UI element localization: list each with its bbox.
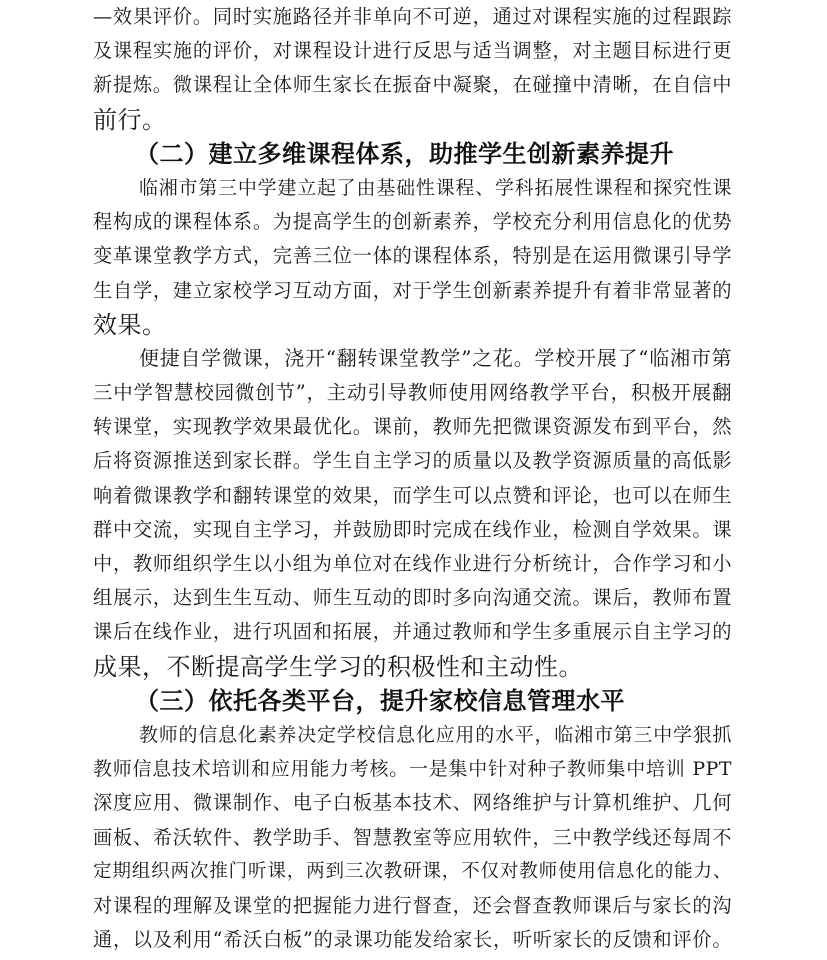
text-line: 后将资源推送到家长群。学生自主学习的质量以及教学资源质量的高低影	[93, 444, 732, 478]
text-line: 教师信息技术培训和应用能力考核。一是集中针对种子教师集中培训 PPT	[93, 752, 732, 786]
text-line: 效果。	[93, 308, 732, 342]
text-line: 三中学智慧校园微创节”，主动引导教师使用网络教学平台，积极开展翻	[93, 376, 732, 410]
paragraph-teacher-training: 教师的信息化素养决定学校信息化应用的水平，临湘市第三中学狠抓 教师信息技术培训和…	[93, 718, 732, 957]
text-line: 前行。	[93, 103, 732, 137]
text-line: 转课堂，实现教学效果最优化。课前，教师先把微课资源发布到平台，然	[93, 410, 732, 444]
text-line: 深度应用、微课制作、电子白板基本技术、网络维护与计算机维护、几何	[93, 786, 732, 820]
text-line: 临湘市第三中学建立起了由基础性课程、学科拓展性课程和探究性课	[93, 171, 732, 205]
text-line: 程构成的课程体系。为提高学生的创新素养，学校充分利用信息化的优势	[93, 205, 732, 239]
text-line: 课后在线作业，进行巩固和拓展，并通过教师和学生多重展示自主学习的	[93, 615, 732, 649]
text-line: 通，以及利用“希沃白板”的录课功能发给家长，听听家长的反馈和评价。	[93, 923, 732, 957]
text-line: 新提炼。微课程让全体师生家长在振奋中凝聚，在碰撞中清晰，在自信中	[93, 68, 732, 102]
text-line: 及课程实施的评价，对课程设计进行反思与适当调整，对主题目标进行更	[93, 34, 732, 68]
section-heading-2: （二）建立多维课程体系，助推学生创新素养提升	[93, 137, 732, 171]
paragraph-flipped-classroom: 便捷自学微课，浇开“翻转课堂教学”之花。学校开展了“临湘市第 三中学智慧校园微创…	[93, 342, 732, 684]
text-line: —效果评价。同时实施路径并非单向不可逆，通过对课程实施的过程跟踪	[93, 0, 732, 34]
text-line: 便捷自学微课，浇开“翻转课堂教学”之花。学校开展了“临湘市第	[93, 342, 732, 376]
document-page: —效果评价。同时实施路径并非单向不可逆，通过对课程实施的过程跟踪 及课程实施的评…	[93, 0, 732, 957]
section-heading-3: （三）依托各类平台，提升家校信息管理水平	[93, 684, 732, 718]
text-line: 群中交流，实现自主学习，并鼓励即时完成在线作业，检测自学效果。课	[93, 513, 732, 547]
text-line: 画板、希沃软件、教学助手、智慧教室等应用软件，三中教学线还每周不	[93, 821, 732, 855]
text-line: 中，教师组织学生以小组为单位对在线作业进行分析统计，合作学习和小	[93, 547, 732, 581]
text-line: 教师的信息化素养决定学校信息化应用的水平，临湘市第三中学狠抓	[93, 718, 732, 752]
text-line: 定期组织两次推门听课，两到三次教研课，不仅对教师使用信息化的能力、	[93, 855, 732, 889]
text-line: 变革课堂教学方式，完善三位一体的课程体系，特别是在运用微课引导学	[93, 239, 732, 273]
text-line: 对课程的理解及课堂的把握能力进行督查，还会督查教师课后与家长的沟	[93, 889, 732, 923]
text-line: 生自学，建立家校学习互动方面，对于学生创新素养提升有着非常显著的	[93, 274, 732, 308]
paragraph-continuation: —效果评价。同时实施路径并非单向不可逆，通过对课程实施的过程跟踪 及课程实施的评…	[93, 0, 732, 137]
paragraph-curriculum-system: 临湘市第三中学建立起了由基础性课程、学科拓展性课程和探究性课 程构成的课程体系。…	[93, 171, 732, 342]
text-line: 响着微课教学和翻转课堂的效果，而学生可以点赞和评论，也可以在师生	[93, 479, 732, 513]
text-line: 组展示，达到生生互动、师生互动的即时多向沟通交流。课后，教师布置	[93, 581, 732, 615]
text-line: 成果，不断提高学生学习的积极性和主动性。	[93, 650, 732, 684]
